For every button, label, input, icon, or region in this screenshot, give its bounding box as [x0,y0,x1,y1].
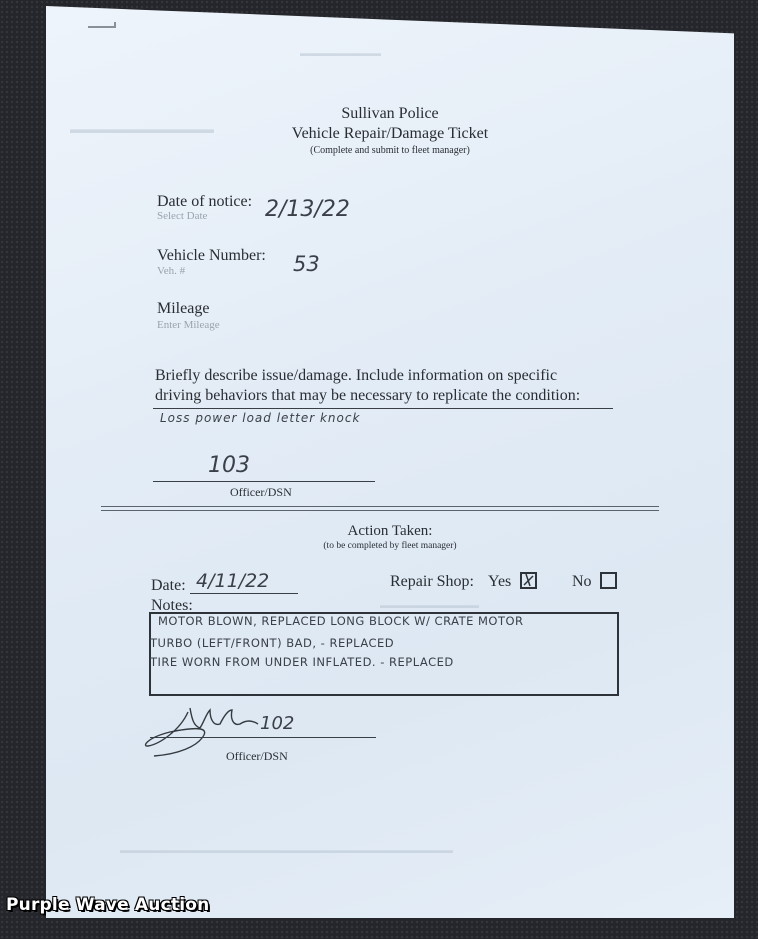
describe-underline [153,408,613,409]
bleed-through-text: ▬▬▬▬▬▬▬▬▬▬▬▬ [70,122,214,136]
describe-prompt-line1: Briefly describe issue/damage. Include i… [155,367,557,385]
form-subtitle: (Complete and submit to fleet manager) [240,145,540,156]
org-name: Sullivan Police [240,105,540,123]
describe-prompt-line2: driving behaviors that may be necessary … [155,387,580,405]
vehicle-number-placeholder: Veh. # [157,265,185,277]
repair-shop-label: Repair Shop: [390,573,474,591]
describe-issue-field[interactable]: Loss power load letter knock [160,411,360,425]
notes-line: TIRE WORN FROM UNDER INFLATED. - REPLACE… [150,655,454,669]
notes-line: TURBO (LEFT/FRONT) BAD, - REPLACED [150,636,394,650]
bleed-through-text: ▬▬▬▬▬▬▬▬▬▬▬ [380,600,479,610]
officer-dsn-field[interactable]: 103 [208,453,250,478]
repair-shop-no-label: No [572,573,592,591]
form-title: Vehicle Repair/Damage Ticket [240,125,540,143]
action-date-underline [190,593,298,594]
vehicle-number-field[interactable]: 53 [293,252,320,276]
watermark: Purple Wave Auction [6,895,209,915]
bleed-through-text: ▬▬▬▬▬▬▬▬▬ [300,48,381,58]
action-taken-subtitle: (to be completed by fleet manager) [290,541,490,551]
signature-dsn-field[interactable]: 102 [260,713,294,734]
date-of-notice-placeholder: Select Date [157,210,207,222]
signature-officer-label: Officer/DSN [226,749,288,764]
date-of-notice-label: Date of notice: [157,193,252,211]
repair-shop-no-checkbox[interactable] [600,572,617,589]
action-date-label: Date: [151,577,186,595]
check-x-icon [522,574,535,587]
date-of-notice-field[interactable]: 2/13/22 [265,197,350,222]
repair-shop-yes-label: Yes [488,573,511,591]
notes-line: MOTOR BLOWN, REPLACED LONG BLOCK W/ CRAT… [158,614,524,628]
officer-signature-line [153,481,375,482]
mileage-placeholder: Enter Mileage [157,319,220,331]
staple-mark [88,22,116,28]
action-taken-title: Action Taken: [290,523,490,540]
bleed-through-text: ▬▬▬▬▬▬▬▬▬▬▬▬▬▬▬▬▬▬▬▬▬▬▬▬▬▬▬▬▬▬▬▬▬▬▬▬▬ [120,845,453,855]
section-divider [101,506,659,511]
vehicle-number-label: Vehicle Number: [157,247,266,265]
signature-line [150,737,376,738]
officer-dsn-label: Officer/DSN [230,485,292,500]
repair-shop-yes-checkbox[interactable] [520,572,537,589]
mileage-label: Mileage [157,300,209,318]
action-date-field[interactable]: 4/11/22 [196,570,269,592]
